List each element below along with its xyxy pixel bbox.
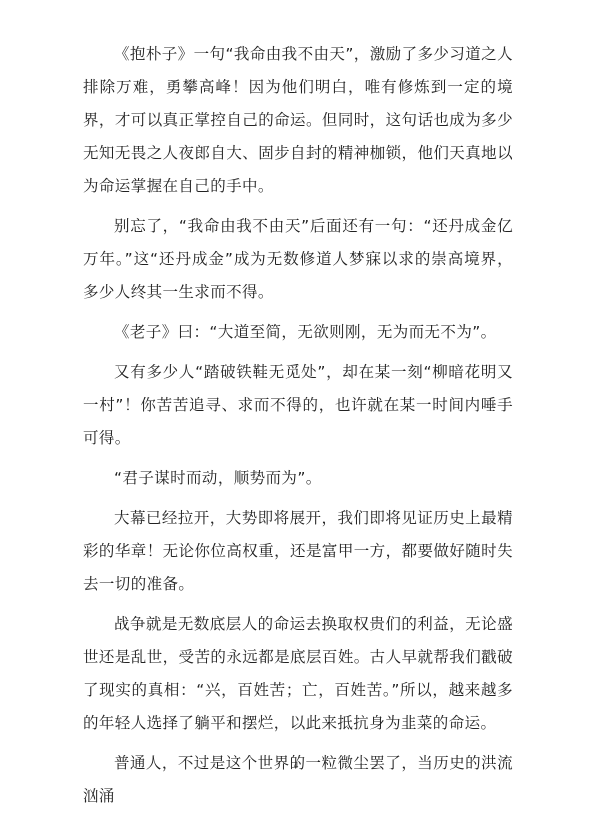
paragraph-4: 又有多少人“踏破铁鞋无觅处”，却在某一刻“柳暗花明又一村”！你苦苦追寻、求而不得… [83, 356, 513, 455]
document-page: 《抱朴子》一句“我命由我不由天”，激励了多少习道之人排除万难，勇攀高峰！因为他们… [0, 0, 592, 824]
paragraph-7: 战争就是无数底层人的命运去换取权贵们的利益，无论盛世还是乱世，受苦的永远都是底层… [83, 608, 513, 740]
page-body: 《抱朴子》一句“我命由我不由天”，激励了多少习道之人排除万难，勇攀高峰！因为他们… [83, 38, 513, 820]
paragraph-6: 大幕已经拉开，大势即将展开，我们即将见证历史上最精彩的华章！无论你位高权重，还是… [83, 502, 513, 601]
paragraph-3: 《老子》曰：“大道至简，无欲则刚，无为而无不为”。 [83, 316, 513, 349]
paragraph-8: 普通人，不过是这个世界的一粒微尘罢了，当历史的洪流汹涌 [83, 747, 513, 813]
paragraph-2: 别忘了，“我命由我不由天”后面还有一句：“还丹成金亿万年。”这“还丹成金”成为无… [83, 210, 513, 309]
paragraph-5: “君子谋时而动，顺势而为”。 [83, 462, 513, 495]
paragraph-1: 《抱朴子》一句“我命由我不由天”，激励了多少习道之人排除万难，勇攀高峰！因为他们… [83, 38, 513, 203]
page-number: 4 [0, 760, 592, 770]
